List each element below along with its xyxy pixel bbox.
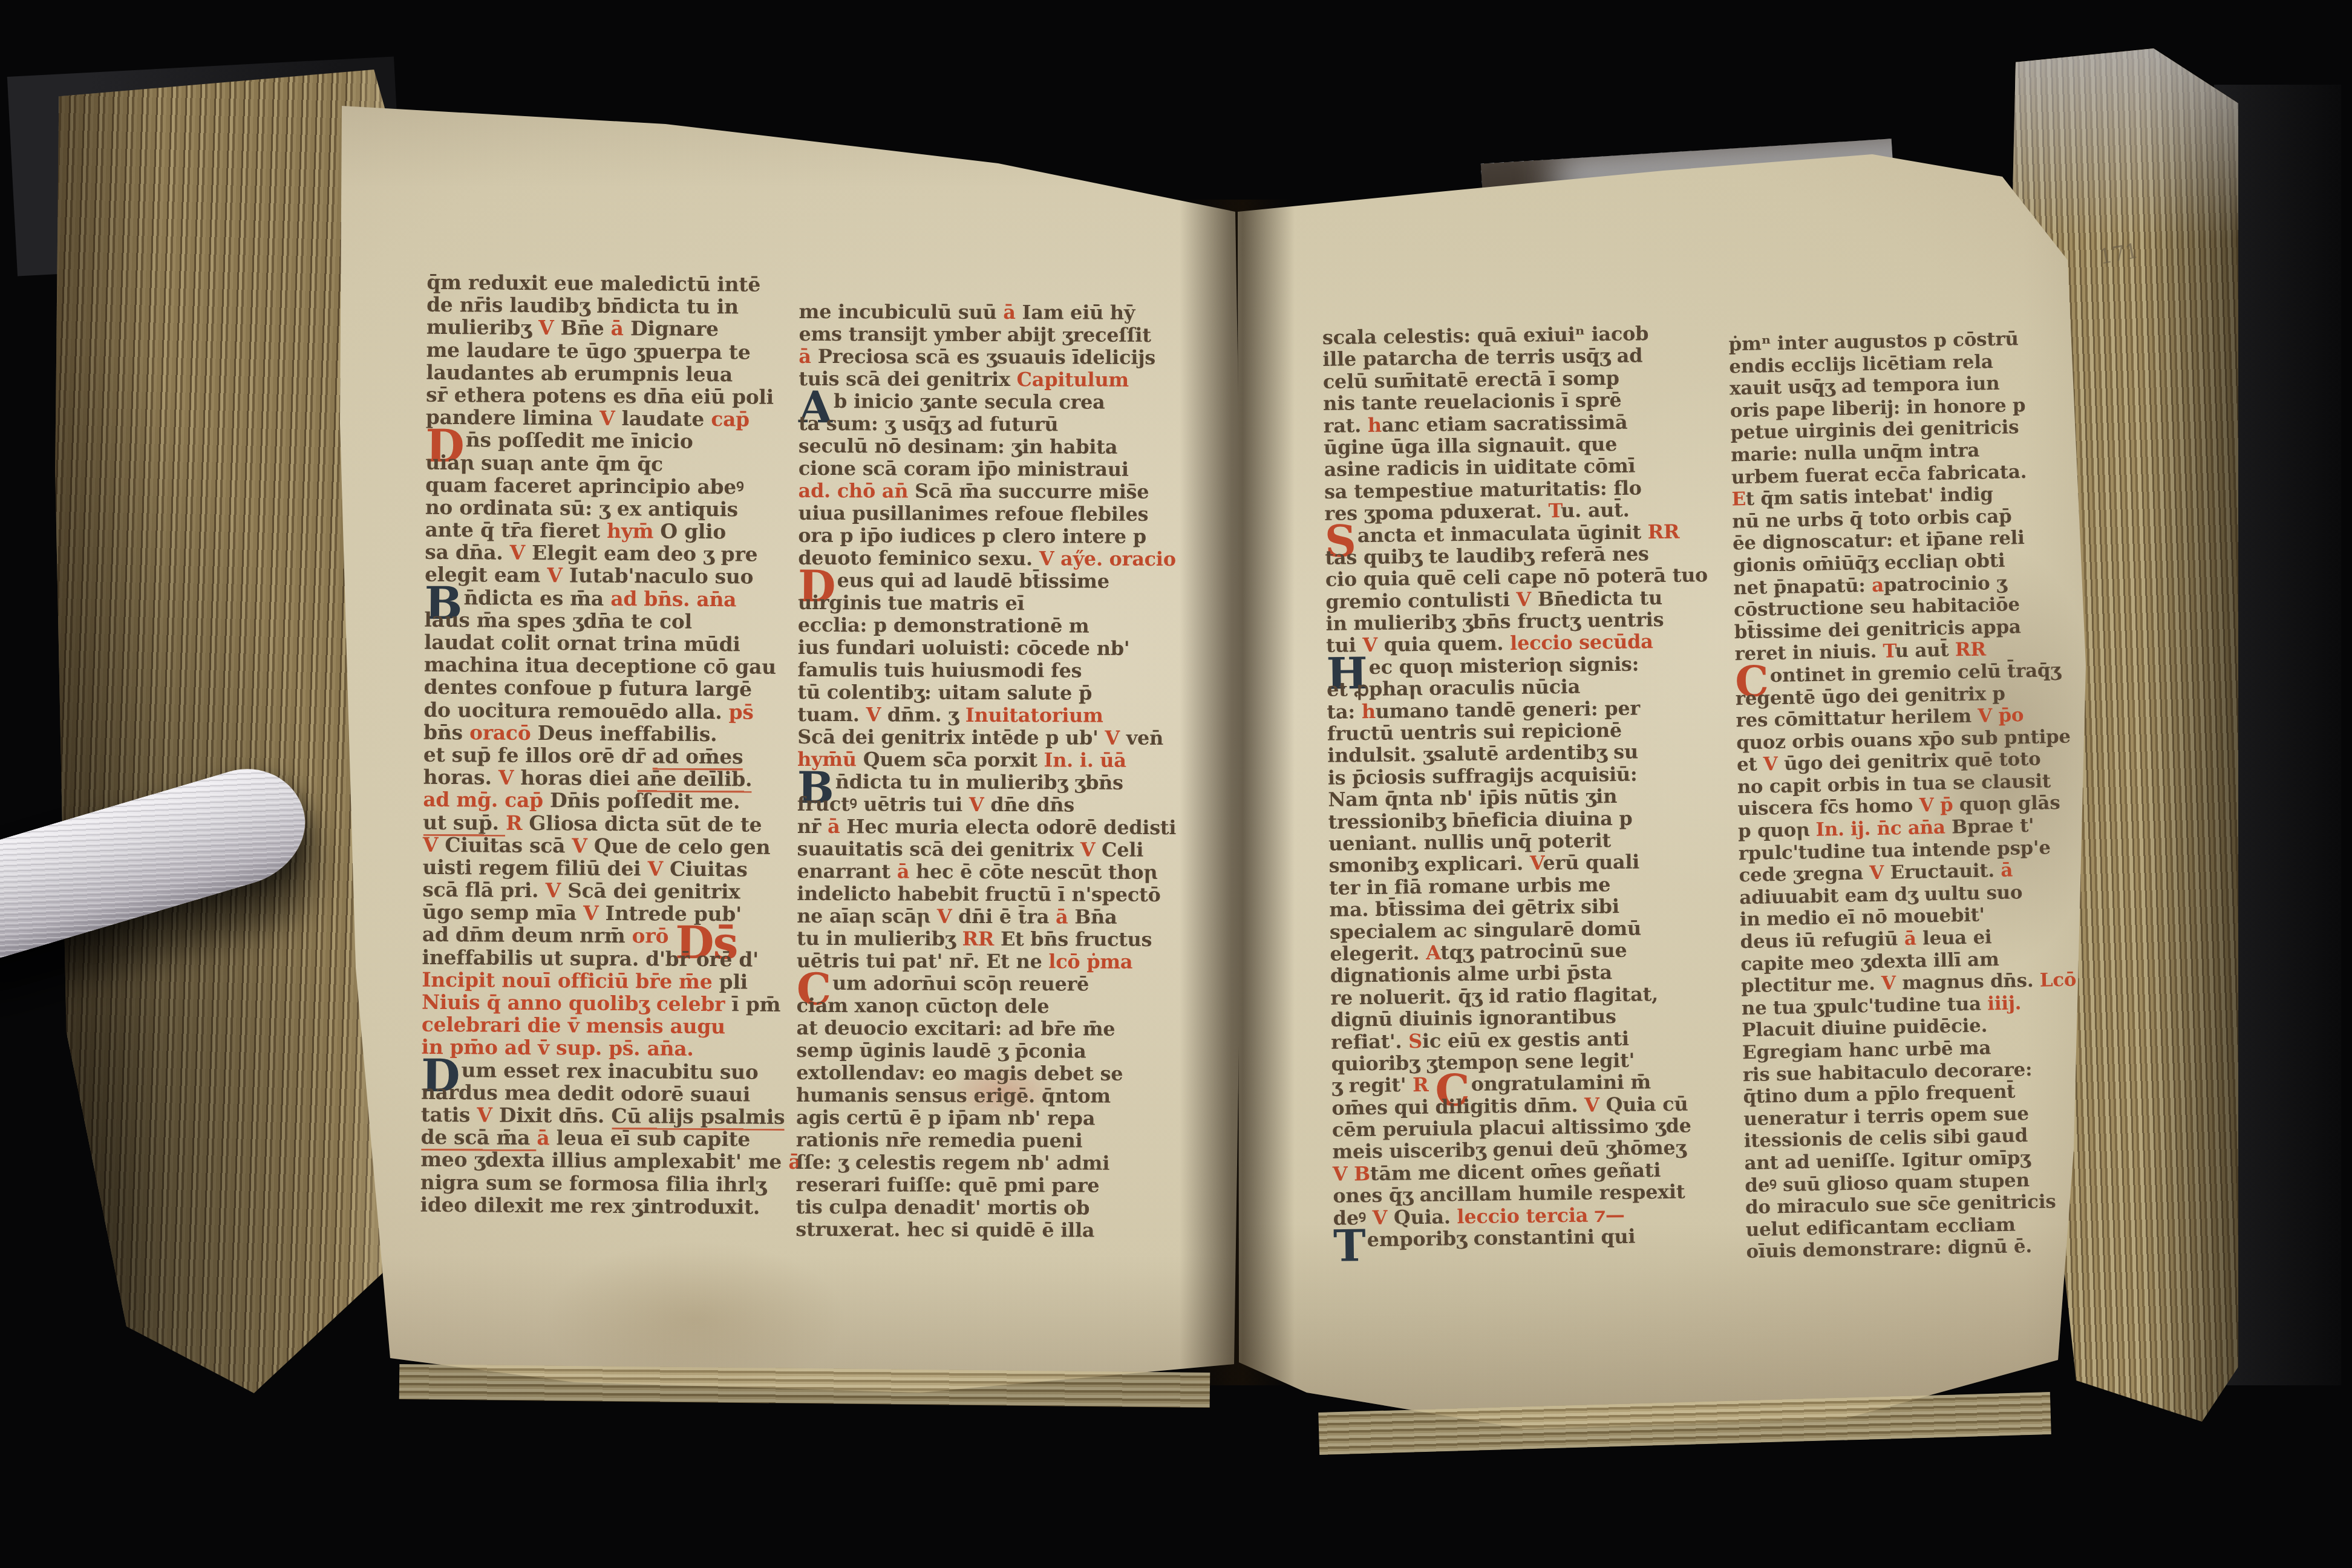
text-segment: nardus mea dedit odorē suaui <box>421 1080 750 1106</box>
text-segment: cap̄ <box>711 407 750 431</box>
manuscript-text-line: in pm̄o ad v̄ sup. ps̄. an̄a. <box>421 1036 802 1061</box>
text-segment: V <box>937 905 959 928</box>
manuscript-text-line: tu in mulieribʒ RR Et bn̄s fructus <box>797 927 1176 951</box>
manuscript-text-line: ems transijt ymber abijt ʒreceſſit <box>799 323 1178 347</box>
text-segment: b inicio ʒante secula crea <box>834 390 1105 414</box>
text-segment: orō <box>632 924 676 948</box>
gutter-shadow <box>1180 200 1295 1385</box>
text-segment: seculū nō desinam: ʒin habita <box>799 434 1117 459</box>
text-segment: a <box>1872 574 1884 596</box>
manuscript-text-line: de nr̄is laudibʒ bn̄dicta tu in <box>426 293 807 319</box>
text-segment: indelicto habebit fructū ī n'spectō <box>797 882 1160 906</box>
text-segment: celebrari die v̄ mensis augu <box>422 1013 725 1039</box>
text-segment: V <box>545 878 567 902</box>
text-segment: u. aut̄. <box>1561 498 1630 522</box>
text-segment: ones q̄ʒ ancillam humile respexit <box>1333 1180 1685 1207</box>
text-segment: oracio <box>1109 547 1176 570</box>
text-segment: quoꞃ glās <box>1959 792 2060 816</box>
manuscript-text-line: sr̄ ethera potens es dn̄a eiū poli <box>426 384 806 409</box>
text-segment: dn̄i ē t̄ra <box>958 905 1056 929</box>
text-column-right-1: scala celestis: quā exiuiⁿ iacobille pat… <box>1322 322 1716 1251</box>
manuscript-text-line: ta sum: ʒ usq̄ʒ ad futurū <box>799 413 1178 436</box>
text-segment: do uocitura remouēdo alla. <box>423 697 729 724</box>
text-segment: Dn̄is poſſedit me. <box>550 789 740 814</box>
text-segment: uirginis tue matris eī <box>798 591 1025 615</box>
manuscript-text-line: ūgo semp mīa V Intrede pub' <box>422 901 803 926</box>
text-segment: rat. <box>1323 414 1368 437</box>
text-segment: magnus dn̄s. <box>1902 970 2040 994</box>
manuscript-text-line: Bn̄dicta tu in mulieribʒ ʒbn̄s <box>797 771 1177 794</box>
text-segment: leccio tercia ⁊— <box>1457 1203 1625 1228</box>
manuscript-text-line: extollendav: eo magis debet se <box>796 1062 1175 1085</box>
text-segment: Capitulum <box>1017 368 1129 391</box>
text-segment: um adorn̄ui scōꞃ reuerē <box>832 972 1089 995</box>
manuscript-text-line: uiaꞃ suaꞃ ante q̄m q̄c <box>425 451 806 476</box>
manuscript-text-line: nr̄ ā Hec muria electa odorē dedisti <box>797 815 1177 839</box>
manuscript-text-line: ecclia: p demonstrationē m <box>798 614 1177 638</box>
text-segment: ſſe: ʒ celestis regem nb' admi <box>796 1151 1109 1175</box>
manuscript-text-line: scala celestis: quā exiuiⁿ iacob <box>1322 322 1705 348</box>
text-segment: ps̄ <box>729 700 754 724</box>
text-segment: lcō ṗma <box>1048 950 1132 973</box>
manuscript-text-line: Dum esset rex inacubitu suo <box>421 1058 802 1083</box>
text-segment: V <box>572 834 594 857</box>
text-segment: laudat colit ornat trina mūdi <box>424 630 740 656</box>
manuscript-text-line: hym̄ū Quem sc̄a porxit In. i. ūā <box>797 748 1177 772</box>
text-segment: Incipit nouī officiū br̄e m̄e <box>422 968 719 993</box>
manuscript-text-line: ora p ip̄o iudices p clero intere p <box>798 524 1177 548</box>
manuscript-text-line: me laudare te ūgo ʒpuerpa te <box>426 338 806 364</box>
text-segment: R <box>506 811 529 834</box>
text-segment: ideo dilexit me rex ʒintroduxit. <box>420 1192 760 1218</box>
text-segment: ongratulamini m̄ <box>1471 1071 1651 1096</box>
text-segment: Scā dei genitrix <box>567 879 740 904</box>
manuscript-text-line: nigra sum se formosa filia ihrlʒ <box>420 1171 801 1196</box>
text-segment: uētris tui pat' nr̄. Et ne <box>797 949 1049 973</box>
manuscript-text-line: ad mḡ. cap̄ Dn̄is poſſedit me. <box>423 788 803 814</box>
manuscript-text-line: semp ūginis laudē ʒ p̄conia <box>796 1039 1175 1063</box>
text-segment: V <box>599 407 622 430</box>
text-segment: ne aīaꞃ scāꞃ <box>797 904 937 928</box>
text-segment: sa dn̄a. <box>425 540 510 564</box>
text-segment: V <box>866 703 887 726</box>
text-segment: meo ʒdexta illius amplexabit' me <box>420 1148 788 1174</box>
text-segment: T <box>1883 641 1895 662</box>
text-segment: ā <box>537 1126 557 1149</box>
text-segment: V ay̋e. <box>1039 547 1109 570</box>
text-segment: Iutab'naculo suo <box>569 564 754 589</box>
text-segment: q̄m reduxit eue maledictū intē <box>426 270 760 296</box>
manuscript-text-line: sa dn̄a. V Elegit eam deo ʒ pre <box>425 541 805 566</box>
text-segment: Iam eiū hȳ <box>1022 301 1135 324</box>
manuscript-text-line: laudat colit ornat trina mūdi <box>424 631 805 656</box>
illuminated-initial: T <box>1333 1220 1365 1272</box>
text-segment: plectitur me. <box>1741 973 1882 997</box>
manuscript-text-line: V Ciuitas scā V Que de celo gen <box>423 833 803 858</box>
text-segment: V <box>1763 753 1785 776</box>
text-segment: V <box>538 316 561 339</box>
text-segment: Cū alijs psalmis <box>611 1104 785 1129</box>
text-segment: T <box>1548 499 1561 522</box>
manuscript-text-line: fructꝰ uētris tui V dn̄e dn̄s <box>797 793 1177 817</box>
text-segment: ā <box>897 860 916 883</box>
text-segment: Niuis q̄ anno quolibʒ celebr <box>422 990 732 1016</box>
manuscript-text-line: Sancta et inmaculata ūginit RR <box>1325 520 1708 547</box>
manuscript-text-line: Cum adorn̄ui scōꞃ reuerē <box>797 972 1176 996</box>
text-segment: quia quem. <box>1383 632 1510 657</box>
manuscript-text-line: suauitatis scā dei genitrix V Celi <box>797 838 1176 861</box>
text-segment: uiscera fc̄s homo <box>1737 795 1919 820</box>
text-segment: Bn̄e <box>560 316 610 341</box>
manuscript-text-line: humanis sensus erigē. q̄ntom <box>796 1084 1175 1108</box>
text-segment: h <box>1368 413 1382 436</box>
manuscript-text-line: seculū nō desinam: ʒin habita <box>799 435 1178 459</box>
text-segment: enarrant <box>797 860 897 883</box>
text-segment: dentes confoue p futura largē <box>424 675 752 701</box>
text-segment: Deus ineffabilis. <box>538 721 717 746</box>
text-column-left-2: me incubiculū suū ā Iam eiū hȳems transi… <box>795 301 1178 1242</box>
manuscript-text-line: re noluerit. q̄ʒ id ratio flagitat, <box>1330 982 1713 1009</box>
text-segment: Celi <box>1102 838 1143 861</box>
text-segment: me laudare te ūgo ʒpuerpa te <box>426 338 750 364</box>
text-segment: emporibʒ constantini qui <box>1367 1225 1635 1251</box>
text-segment: refiat'. <box>1331 1030 1409 1054</box>
text-segment: ā <box>1003 301 1022 324</box>
manuscript-text-line: Scā dei genitrix intēde p ub' V ven̄ <box>797 726 1177 750</box>
manuscript-text-line: do uocitura remouēdo alla. ps̄ <box>423 698 804 724</box>
text-segment: at deuocio excitari: ad br̄e m̄e <box>796 1016 1115 1040</box>
text-segment: Scā dei genitrix intēde p ub' <box>797 725 1105 750</box>
text-segment: tuam. <box>797 703 866 726</box>
manuscript-text-line: agis certū ē p ip̄am nb' repa <box>796 1106 1175 1130</box>
text-segment: et sup̄ fe illos orē dr̄ <box>423 743 652 768</box>
manuscript-text-line: ad. chō an̄ Scā m̄a succurre mis̄e <box>799 480 1178 503</box>
text-segment: R <box>1413 1073 1436 1096</box>
text-segment: cede ʒregna <box>1739 862 1870 886</box>
text-segment: ad. chō an̄ <box>799 479 915 503</box>
text-segment: dn̄e dn̄s <box>990 793 1074 816</box>
text-segment: reserari fuiſſe: quē pmi pare <box>796 1173 1100 1197</box>
text-segment: Bn̄edicta tu <box>1538 586 1663 611</box>
text-segment: ad bn̄s. an̄a <box>610 587 736 611</box>
text-segment: Dignare <box>630 317 719 341</box>
text-segment: h <box>1362 700 1376 723</box>
text-segment: Preciosa scā es ʒsuauis īdelicijs <box>818 345 1155 369</box>
text-segment: fructꝰ uētris tui <box>797 792 969 816</box>
text-segment: et <box>1737 754 1764 776</box>
manuscript-text-line: dentes confoue p futura largē <box>424 676 805 701</box>
text-segment: net p̄napatū: <box>1733 575 1872 599</box>
manuscript-text-line: at deuocio excitari: ad br̄e m̄e <box>796 1017 1175 1040</box>
text-segment: tu in mulieribʒ <box>797 927 962 950</box>
manuscript-text-line: deuoto feminico sexu. V ay̋e. oracio <box>798 547 1177 570</box>
text-segment: V <box>510 541 532 564</box>
text-segment: V <box>1080 838 1102 861</box>
manuscript-text-line: uisti regem filiū dei V Ciuitas <box>422 856 803 881</box>
manuscript-text-line: elegit eam V Iutab'naculo suo <box>425 563 805 589</box>
text-segment: in pm̄o ad v̄ sup. ps̄. an̄a. <box>421 1035 693 1060</box>
manuscript-text-line: ā Preciosa scā es ʒsuauis īdelicijs <box>799 345 1178 369</box>
text-segment: n̄s poſſedit me īnicio <box>466 428 693 454</box>
text-segment: ta sum: ʒ usq̄ʒ ad futurū <box>799 412 1058 436</box>
text-segment: tuis scā dei genitrix <box>799 367 1016 391</box>
text-segment: suauitatis scā dei genitrix <box>797 837 1080 861</box>
text-segment: horas. <box>423 765 498 789</box>
manuscript-text-line: uiua pusillanimes refoue flebiles <box>798 502 1177 526</box>
text-segment: Ciuitas scā <box>445 833 572 857</box>
manuscript-text-line: famulis tuis huiusmodi fes <box>798 659 1177 682</box>
text-segment: ven̄ <box>1126 727 1163 750</box>
manuscript-text-line: tuis scā dei genitrix Capitulum <box>799 368 1178 391</box>
text-segment: In. i. ūā <box>1044 748 1126 771</box>
manuscript-text-line: ideo dilexit me rex ʒintroduxit. <box>420 1193 801 1218</box>
text-segment: agis certū ē p ip̄am nb' repa <box>796 1106 1095 1130</box>
manuscript-text-line: ineffabilis ut supra. d'br̄ orē d' <box>422 946 802 971</box>
text-segment: gremio contulisti <box>1325 588 1517 613</box>
manuscript-text-line: et sup̄ fe illos orē dr̄ ad om̄es <box>423 743 804 769</box>
manuscript-text-line: ante q̄ tr̄a fieret hym̄ O glio <box>425 518 805 544</box>
text-segment: In. ij. n̄c an̄a <box>1815 817 1952 841</box>
text-segment: rationis nr̄e remedia pueni <box>796 1128 1083 1152</box>
manuscript-text-line: mulieribʒ V Bn̄e ā Dignare <box>426 316 807 341</box>
text-segment: leua ei <box>1922 926 1992 949</box>
text-segment: Bprae t' <box>1952 815 2034 838</box>
text-segment: V <box>1869 862 1890 884</box>
text-segment: Lcō <box>2039 969 2076 991</box>
manuscript-text-line: uirginis tue matris eī <box>798 592 1177 615</box>
text-segment: Quia. <box>1394 1205 1457 1229</box>
text-segment: elegerit. <box>1330 941 1426 965</box>
text-segment: uiaꞃ suaꞃ ante q̄m q̄c <box>425 450 663 475</box>
manuscript-text-line: Deus qui ad laudē bt̄issime <box>798 569 1177 593</box>
manuscript-text-line: Incipit nouī officiū br̄e m̄e pli <box>422 969 802 994</box>
text-segment: horas diei <box>520 766 636 790</box>
text-segment: Eructauit. <box>1890 860 2001 884</box>
text-segment: patrocinio ʒ <box>1883 572 2007 596</box>
text-segment: n̄dicta tu in mulieribʒ ʒbn̄s <box>835 770 1123 794</box>
manuscript-text-line: ad dn̄m deum nrm̄ orō Ds̄ <box>422 923 803 949</box>
text-segment: ā <box>1056 905 1074 928</box>
text-segment: ā <box>2001 860 2013 881</box>
manuscript-text-line: de scā m̄a ā leua eī sub capite <box>420 1126 801 1151</box>
text-segment: an̄e deīlib. <box>636 766 752 791</box>
manuscript-text-line: horas. V horas diei an̄e deīlib. <box>423 766 803 791</box>
text-segment: RR <box>1955 639 1986 661</box>
text-segment: humanis sensus erigē. q̄ntom <box>796 1083 1111 1108</box>
text-segment: V p̄ <box>1919 794 1959 817</box>
text-segment: Scā m̄a succurre mis̄e <box>915 480 1149 503</box>
text-segment: Hec muria electa odorē dedisti <box>846 815 1176 839</box>
text-column-left-1: q̄m reduxit eue maledictū intēde nr̄is l… <box>420 271 808 1218</box>
text-segment: RR <box>962 927 1001 950</box>
text-segment: ā <box>611 316 631 340</box>
text-segment: iiij. <box>1987 992 2022 1014</box>
text-segment: ʒ regit' <box>1331 1073 1413 1097</box>
text-segment: de nr̄is laudibʒ bn̄dicta tu in <box>426 293 739 319</box>
manuscript-text-line: Ab inicio ʒante secula crea <box>799 390 1178 414</box>
text-segment: deus iū refugiū <box>1740 928 1904 953</box>
manuscript-text-line: tatis V Dixit dn̄s. Cū alijs psalmis <box>421 1103 802 1129</box>
text-segment: pli <box>719 970 748 993</box>
text-segment: V <box>423 832 445 856</box>
text-segment: Gliosa dicta sūt de te <box>529 811 762 837</box>
text-segment: no ordinata sū: ʒ ex antiquis <box>425 495 739 521</box>
text-segment: V <box>583 901 606 925</box>
text-segment: ta: <box>1327 700 1362 724</box>
manuscript-text-line: quam faceret aprincipio abeꝰ <box>425 474 806 499</box>
text-segment: A <box>1426 941 1440 964</box>
text-segment: V <box>969 793 991 816</box>
text-segment: laudate <box>621 407 711 431</box>
text-segment: ūgo semp mīa <box>422 900 583 925</box>
text-segment: V <box>647 857 670 880</box>
manuscript-text-line: tui V quia quem. leccio secūda <box>1326 630 1709 657</box>
manuscript-text-line: struxerat. hec si quidē ē illa <box>795 1218 1175 1242</box>
text-segment: scā flā pri. <box>422 878 546 902</box>
manuscript-text-line: nardus mea dedit odorē suaui <box>421 1081 802 1106</box>
text-segment: semp ūginis laudē ʒ p̄conia <box>796 1039 1086 1063</box>
text-segment: V <box>477 1103 499 1126</box>
text-segment: n̄dicta es m̄a <box>463 586 610 610</box>
manuscript-text-line: tuam. V dn̄m. ʒ Inuitatorium <box>797 704 1177 727</box>
text-segment: ante q̄ tr̄a fieret <box>425 518 607 543</box>
text-segment: ora p ip̄o iudices p clero intere p <box>798 524 1146 548</box>
manuscript-text-line: meo ʒdexta illius amplexabit' me ā <box>420 1148 801 1174</box>
text-segment: cione scā coram ip̄o ministraui <box>799 457 1129 481</box>
text-segment: um esset rex inacubitu suo <box>461 1058 758 1083</box>
text-segment: u aut̄ <box>1895 639 1955 662</box>
text-segment: p quoꞃ <box>1738 819 1816 842</box>
text-segment: smonibʒ explicari. <box>1328 852 1530 877</box>
text-segment: Dixit dn̄s. <box>499 1103 612 1128</box>
text-segment: uisti regem filiū dei <box>422 855 647 881</box>
text-segment: ut sup̄. <box>423 810 506 834</box>
text-segment: Inuitatorium <box>965 704 1103 727</box>
manuscript-text-line: tis culpa denadit' mortis ob <box>795 1196 1175 1220</box>
text-segment: Bn̄a <box>1074 906 1117 929</box>
manuscript-text-line: scā flā pri. V Scā dei genitrix <box>422 878 803 904</box>
text-segment: mulieribʒ <box>426 315 538 339</box>
text-segment: V <box>1584 1093 1606 1116</box>
manuscript-text-line: machina itua deceptione cō gau <box>424 653 805 679</box>
manuscript-text-line: ut sup̄. R Gliosa dicta sūt de te <box>423 811 803 836</box>
text-segment: Et bn̄s fructus <box>1001 927 1152 951</box>
text-segment: ī pm̄ <box>731 992 780 1016</box>
text-segment: de scā m̄a <box>420 1125 537 1149</box>
text-segment: ad mḡ. cap̄ <box>423 788 550 812</box>
text-segment: Elegit eam deo ʒ pre <box>532 541 757 566</box>
text-segment: tū colentibʒ: uitam salute p̄ <box>797 681 1092 705</box>
text-segment: ā <box>1904 928 1922 950</box>
text-segment: V <box>1105 727 1126 750</box>
text-segment: laus m̄a spes ʒdn̄a te col <box>424 608 692 633</box>
text-segment: E <box>1731 488 1746 510</box>
text-segment: V B <box>1333 1162 1371 1186</box>
manuscript-text-line: pandere limina V laudate cap̄ <box>426 406 806 431</box>
text-segment: ad dn̄m deum nrm̄ <box>422 923 632 947</box>
text-segment: extollendav: eo magis debet se <box>796 1061 1123 1085</box>
manuscript-text-line: indelicto habebit fructū ī n'spectō <box>797 883 1176 906</box>
text-segment: leua eī sub capite <box>556 1126 750 1151</box>
text-segment: V <box>1516 587 1538 610</box>
text-segment: tatis <box>421 1103 477 1127</box>
manuscript-text-line: Niuis q̄ anno quolibʒ celebr ī pm̄ <box>422 991 802 1016</box>
text-segment: tqʒ patrocinū sue <box>1440 939 1627 964</box>
text-segment: nr̄ <box>797 815 828 838</box>
text-segment: ic eiū ex gestis anti <box>1422 1027 1629 1052</box>
text-segment: me incubiculū suū <box>799 300 1004 324</box>
text-segment: ius fundari uoluisti: cōcede nb' <box>798 636 1130 660</box>
manuscript-text-line: laudantes ab erumpnis leua <box>426 361 806 387</box>
text-segment: bn̄s <box>423 720 469 745</box>
manuscript-text-line: reserari fuiſſe: quē pmi pare <box>796 1174 1175 1197</box>
text-column-right-2: ṗmⁿ inter augustos p cōstrūendis ecclijs… <box>1728 327 2082 1263</box>
manuscript-text-line: q̄m reduxit eue maledictū intē <box>426 271 807 296</box>
text-segment: V <box>498 766 521 789</box>
manuscript-text-line: ne aīaꞃ scāꞃ V dn̄i ē t̄ra ā Bn̄a <box>797 905 1176 929</box>
text-segment: Que de celo gen <box>594 834 771 858</box>
text-segment: famulis tuis huiusmodi fes <box>798 658 1082 682</box>
text-segment: quam faceret aprincipio abeꝰ <box>425 473 744 499</box>
text-segment: V <box>1881 972 1903 995</box>
text-segment: ec quoꞃ misterioꞃ signis: <box>1368 652 1639 678</box>
text-segment: V <box>1530 852 1543 875</box>
manuscript-text-line: uētris tui pat' nr̄. Et ne lcō ṗma <box>797 950 1176 973</box>
text-segment: dn̄m. ʒ <box>887 703 965 726</box>
text-segment: O glio <box>660 520 726 544</box>
text-segment: nigra sum se formosa filia ihrlʒ <box>420 1170 766 1196</box>
manuscript-text-line: rationis nr̄e remedia pueni <box>796 1129 1175 1152</box>
text-segment: hym̄ <box>607 519 661 543</box>
text-segment: ā <box>828 815 846 838</box>
text-segment: Ciuitas <box>670 857 748 881</box>
text-segment: ā <box>799 345 817 368</box>
text-segment: V p̄o <box>1978 704 2024 727</box>
text-segment: laudantes ab erumpnis leua <box>426 361 733 387</box>
text-segment: Quia cū <box>1606 1092 1688 1116</box>
manuscript-text-line: ius fundari uoluisti: cōcede nb' <box>798 636 1177 660</box>
text-segment: eus qui ad laudē bt̄issime <box>837 569 1109 593</box>
text-segment: hec ē cōte nescūt thoꞃ <box>916 860 1157 884</box>
text-segment: uiua pusillanimes refoue flebiles <box>798 501 1148 526</box>
text-segment: sr̄ ethera potens es dn̄a eiū poli <box>426 383 774 409</box>
manuscript-text-line: me incubiculū suū ā Iam eiū hȳ <box>799 301 1178 324</box>
text-segment: V <box>547 564 569 587</box>
manuscript-text-line: tū colentibʒ: uitam salute p̄ <box>797 681 1177 705</box>
manuscript-text-line: enarrant ā hec ē cōte nescūt thoꞃ <box>797 860 1176 884</box>
manuscript-text-line: Temporibʒ constantini qui <box>1333 1224 1716 1251</box>
text-segment: ciam xanoꞃ cūctoꞃ dele <box>797 994 1050 1018</box>
text-segment: ineffabilis ut supra. <box>422 945 645 970</box>
manuscript-text-line: ones q̄ʒ ancillam humile respexit <box>1333 1180 1716 1207</box>
text-segment: ecclia: p demonstrationē m <box>798 613 1089 638</box>
manuscript-text-line: no ordinata sū: ʒ ex antiquis <box>425 496 806 521</box>
photo-open-manuscript: q̄m reduxit eue maledictū intēde nr̄is l… <box>0 0 2352 1568</box>
manuscript-text-line: cione scā coram ip̄o ministraui <box>799 457 1178 481</box>
manuscript-text-line: ſſe: ʒ celestis regem nb' admi <box>796 1151 1175 1175</box>
text-segment: struxerat. hec si quidē ē illa <box>795 1218 1094 1242</box>
text-segment: tis culpa denadit' mortis ob <box>795 1195 1089 1220</box>
text-segment: d'br̄ orē d' <box>645 947 759 971</box>
text-segment: RR <box>1647 520 1679 543</box>
manuscript-text-line: laus m̄a spes ʒdn̄a te col <box>424 609 805 634</box>
text-segment: erū quali <box>1543 851 1639 875</box>
manuscript-text-line: ciam xanoꞃ cūctoꞃ dele <box>797 995 1176 1018</box>
text-segment: S <box>1408 1029 1422 1052</box>
text-segment: V <box>1372 1206 1394 1229</box>
text-segment: ad om̄es <box>652 744 743 768</box>
manuscript-text-line: Dn̄s poſſedit me īnicio <box>425 428 806 454</box>
